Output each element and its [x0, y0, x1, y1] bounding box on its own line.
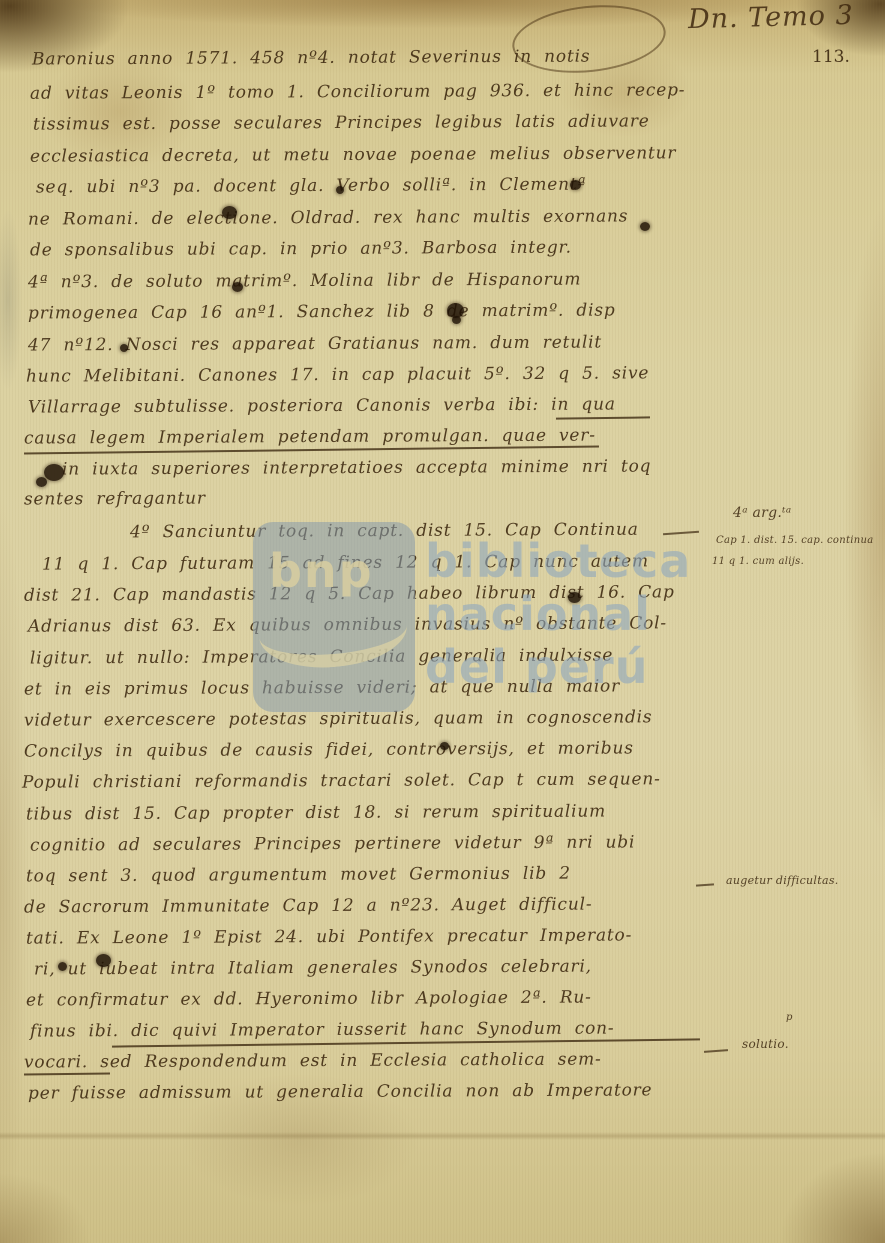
- manuscript-line: et confirmatur ex dd. Hyeronimo libr Apo…: [26, 988, 592, 1011]
- manuscript-line: 47 nº12. Nosci res appareat Gratianus na…: [28, 332, 602, 355]
- ink-blot: [58, 962, 67, 971]
- manuscript-line: ecclesiastica decreta, ut metu novae poe…: [30, 143, 676, 166]
- manuscript-line: seq. ubi nº3 pa. docent gla. Verbo solli…: [36, 175, 586, 198]
- margin-note: p: [786, 1012, 793, 1023]
- manuscript-line: 4ª nº3. de soluto matrimº. Molina libr d…: [28, 270, 581, 293]
- ink-blot: [336, 186, 344, 194]
- margin-note: 11 q 1. cum alijs.: [712, 556, 804, 567]
- manuscript-line: hunc Melibitani. Canones 17. in cap plac…: [26, 363, 649, 386]
- manuscript-line: Baronius anno 1571. 458 nº4. notat Sever…: [32, 47, 590, 70]
- ink-blot: [36, 477, 47, 487]
- ink-blot: [120, 344, 128, 352]
- ink-blot: [222, 206, 237, 219]
- ink-blot: [440, 742, 449, 750]
- ink-blot: [96, 954, 111, 967]
- manuscript-line: causa legem Imperialem petendam promulga…: [24, 426, 596, 449]
- ink-blot: [640, 222, 650, 231]
- paper-crease: [0, 1132, 885, 1140]
- margin-note: 4ᵃ arg.ᵗᵃ: [733, 505, 791, 521]
- margin-dash: [696, 883, 714, 886]
- ink-blot: [232, 282, 243, 292]
- margin-note: augetur difficultas.: [726, 874, 839, 887]
- manuscript-line: vocari. sed Respondendum est in Ecclesia…: [24, 1049, 602, 1072]
- manuscript-page: Dn. Temo 3 113. Baronius anno 1571. 458 …: [0, 0, 885, 1243]
- ink-blot: [570, 180, 581, 190]
- manuscript-line: Concilys in quibus de causis fidei, cont…: [24, 738, 634, 761]
- manuscript-line: Populi christiani reformandis tractari s…: [22, 769, 661, 792]
- manuscript-line: ri, ut iubeat intra Italiam generales Sy…: [34, 957, 592, 980]
- manuscript-line: de sponsalibus ubi cap. in prio anº3. Ba…: [30, 238, 572, 261]
- ink-underline: [24, 1072, 110, 1075]
- bnp-logo-text: bnp: [269, 544, 374, 598]
- margin-note: Cap 1. dist. 15. cap. continua: [716, 535, 874, 546]
- margin-dash: [704, 1049, 728, 1053]
- manuscript-line: tibus dist 15. Cap propter dist 18. si r…: [26, 801, 606, 824]
- manuscript-line: de Sacrorum Immunitate Cap 12 a nº23. Au…: [24, 895, 592, 918]
- watermark-line-1: biblioteca: [425, 535, 691, 588]
- page-number: 113.: [812, 47, 850, 67]
- manuscript-line: toq sent 3. quod argumentum movet Germon…: [26, 864, 571, 887]
- manuscript-line: cognitio ad seculares Principes pertiner…: [30, 832, 635, 855]
- manuscript-line: sentes refragantur: [24, 489, 206, 510]
- manuscript-line: tati. Ex Leone 1º Epist 24. ubi Pontifex…: [26, 925, 632, 948]
- manuscript-line: Villarrage subtulisse. posteriora Canoni…: [28, 394, 616, 417]
- manuscript-line: in iuxta superiores interpretatioes acce…: [62, 456, 651, 479]
- watermark-text: biblioteca nacional del perú: [425, 535, 691, 694]
- ink-blot: [452, 316, 461, 324]
- ink-flourish: [509, 0, 669, 80]
- bnp-logo-swoosh-icon: [256, 590, 410, 674]
- ink-underline: [556, 416, 650, 419]
- ink-blot: [44, 464, 64, 481]
- header-annotation: Dn. Temo 3: [688, 0, 854, 35]
- manuscript-line: primogenea Cap 16 anº1. Sanchez lib 8 de…: [28, 300, 616, 323]
- margin-note: solutio.: [742, 1037, 789, 1051]
- manuscript-line: tissimus est. posse seculares Principes …: [33, 111, 650, 134]
- watermark-line-3: del perú: [425, 641, 691, 694]
- manuscript-line: ad vitas Leonis 1º tomo 1. Conciliorum p…: [30, 80, 685, 103]
- manuscript-line: per fuisse admissum ut generalia Concili…: [28, 1080, 652, 1103]
- bnp-logo: bnp: [253, 522, 415, 712]
- watermark-line-2: nacional: [425, 588, 691, 641]
- manuscript-line: ne Romani. de electione. Oldrad. rex han…: [28, 206, 628, 229]
- manuscript-line: finus ibi. dic quivi Imperator iusserit …: [30, 1018, 615, 1041]
